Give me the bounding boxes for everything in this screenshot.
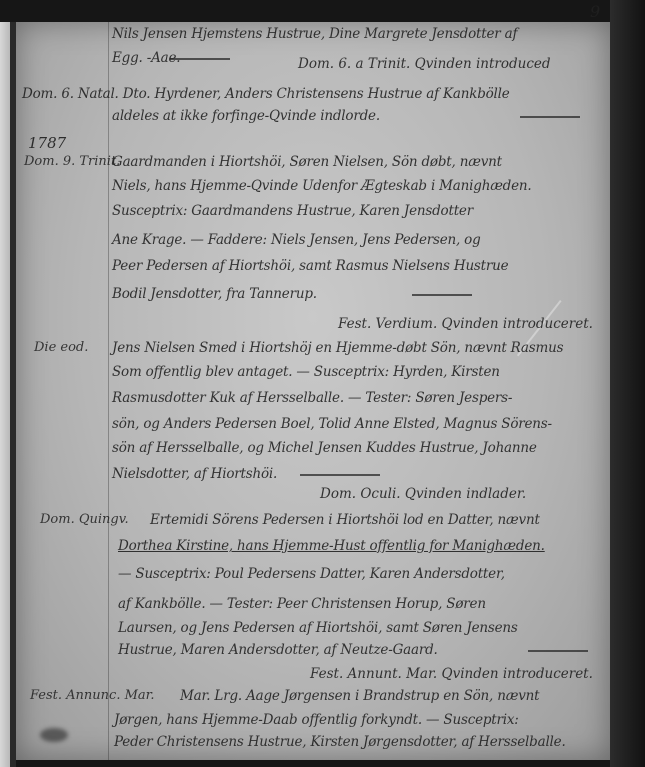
scan-right-border — [610, 0, 645, 767]
entry-line: Peer Pedersen af Hiortshöi, samt Rasmus … — [112, 258, 508, 274]
entry-line: sön af Hersselballe, og Michel Jensen Ku… — [112, 440, 537, 456]
entry-line: Jørgen, hans Hjemme-Daab offentlig forky… — [114, 712, 519, 728]
entry-heading: Dom. 6. a Trinit. Qvinden introduced — [298, 56, 551, 72]
entry-heading: Fest. Annunt. Mar. Qvinden introduceret. — [310, 666, 593, 682]
entry-line: Nielsdotter, af Hiortshöi. — [112, 466, 277, 482]
entry-line: Dom. 6. Natal. Dto. Hyrdener, Anders Chr… — [22, 86, 510, 102]
entry-line: Gaardmanden i Hiortshöi, Søren Nielsen, … — [112, 154, 502, 170]
entry-line: Som offentlig blev antaget. — Susceptrix… — [112, 364, 500, 380]
entry-line: — Susceptrix: Poul Pedersens Datter, Kar… — [118, 566, 505, 582]
entry-line: sön, og Anders Pedersen Boel, Tolid Anne… — [112, 416, 552, 432]
entry-line: Hustrue, Maren Andersdotter, af Neutze-G… — [118, 642, 438, 658]
entry-line: Rasmusdotter Kuk af Hersselballe. — Test… — [112, 390, 512, 406]
entry-heading: Fest. Verdium. Qvinden introduceret. — [338, 316, 593, 332]
entry-line: Laursen, og Jens Pedersen af Hiortshöi, … — [118, 620, 518, 636]
line-dash — [412, 294, 472, 296]
entry-line: Ertemidi Sörens Pedersen i Hiortshöi lod… — [150, 512, 540, 528]
margin-date: Dom. Quingv. — [40, 512, 129, 527]
entry-line: Mar. Lrg. Aage Jørgensen i Brandstrup en… — [180, 688, 539, 704]
entry-line: Nils Jensen Hjemstens Hustrue, Dine Marg… — [112, 26, 517, 42]
entry-line: Dorthea Kirstine, hans Hjemme-Hust offen… — [118, 538, 545, 554]
entry-line: aldeles at ikke forfinge-Qvinde indlorde… — [112, 108, 380, 124]
scanned-page-background: 9 Nils Jensen Hjemstens Hustrue, Dine Ma… — [0, 0, 645, 767]
margin-rule — [108, 22, 109, 760]
entry-line: Ane Krage. — Faddere: Niels Jensen, Jens… — [112, 232, 481, 248]
margin-date: Die eod. — [34, 340, 88, 355]
page-number: 9 — [590, 2, 600, 21]
entry-line: Bodil Jensdotter, fra Tannerup. — [112, 286, 317, 302]
entry-line: Niels, hans Hjemme-Qvinde Udenfor Ægtesk… — [112, 178, 532, 194]
entry-line: Susceptrix: Gaardmandens Hustrue, Karen … — [112, 203, 473, 219]
year-marker: 1787 — [28, 134, 66, 152]
entry-heading: Dom. Oculi. Qvinden indlader. — [320, 486, 526, 502]
entry-line: Peder Christensens Hustrue, Kirsten Jørg… — [114, 734, 566, 750]
margin-date: Dom. 9. Trinit. — [24, 154, 120, 169]
line-dash — [520, 116, 580, 118]
entry-line: Jens Nielsen Smed i Hiortshöj en Hjemme-… — [112, 340, 563, 356]
line-dash — [300, 474, 380, 476]
entry-line: af Kankbölle. — Tester: Peer Christensen… — [118, 596, 486, 612]
ink-smudge — [40, 728, 68, 742]
line-dash — [528, 650, 588, 652]
margin-date: Fest. Annunc. Mar. — [30, 688, 155, 703]
line-dash — [170, 58, 230, 60]
adjacent-page-edge — [0, 22, 10, 767]
